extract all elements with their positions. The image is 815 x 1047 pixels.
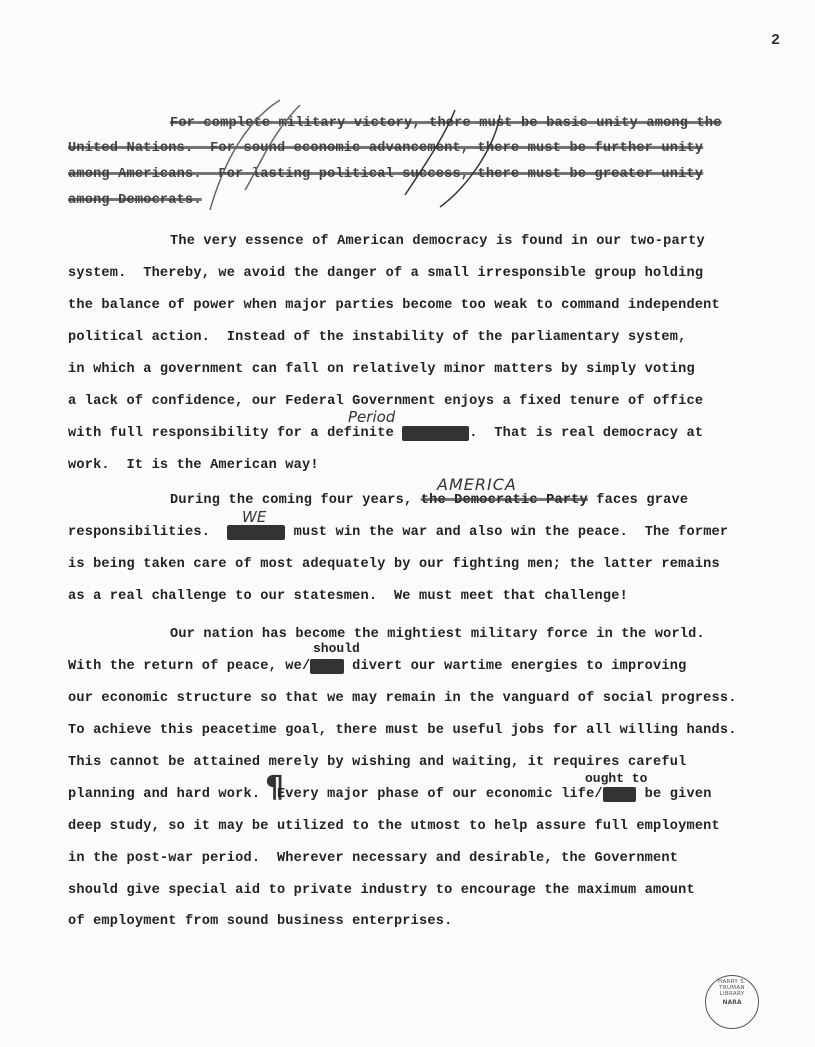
archive-stamp: HARRY S. TRUMAN LIBRARY NARA xyxy=(705,975,759,1029)
typed-insert-should: should xyxy=(313,641,360,656)
text-line: is being taken care of most adequately b… xyxy=(68,556,720,574)
text-line: Our nation has become the mightiest mili… xyxy=(170,626,705,644)
text-line: our economic structure so that we may re… xyxy=(68,690,737,708)
text-line: This cannot be attained merely by wishin… xyxy=(68,754,686,772)
text-segment: must win the war and also win the peace.… xyxy=(285,525,728,540)
text-segment: with full responsibility for a definite xyxy=(68,426,402,441)
struck-line-4: among Democrats. xyxy=(68,192,202,210)
text-line: work. It is the American way! xyxy=(68,457,319,475)
struck-word: must xyxy=(310,659,343,674)
text-segment: . That is real democracy at xyxy=(469,426,703,441)
text-line-edited: with full responsibility for a definite … xyxy=(68,425,703,443)
text-line-edited: responsibilities. America must win the w… xyxy=(68,524,728,542)
text-line: in the post-war period. Wherever necessa… xyxy=(68,850,678,868)
stamp-center-text: NARA xyxy=(723,999,742,1006)
text-segment: With the return of peace, we/ xyxy=(68,659,310,674)
text-line: The very essence of American democracy i… xyxy=(170,233,705,251)
text-line: in which a government can fall on relati… xyxy=(68,361,695,379)
page-number: 2 xyxy=(771,32,780,49)
struck-word: America xyxy=(227,525,286,540)
text-line-edited: planning and hard work. Every major phas… xyxy=(68,786,712,804)
handwritten-insert-period: Period xyxy=(348,408,395,426)
text-line: To achieve this peacetime goal, there mu… xyxy=(68,722,737,740)
text-line: the balance of power when major parties … xyxy=(68,297,720,315)
text-line: of employment from sound business enterp… xyxy=(68,913,452,931)
struck-phrase: the Democratic Party xyxy=(421,493,588,508)
typed-insert-ought-to: ought to xyxy=(585,771,647,786)
text-line-edited: With the return of peace, we/must divert… xyxy=(68,658,686,676)
struck-word: duration xyxy=(402,426,469,441)
text-line: as a real challenge to our statesmen. We… xyxy=(68,588,628,606)
text-segment: planning and hard work. Every major phas… xyxy=(68,787,603,802)
text-segment: divert our wartime energies to improving xyxy=(344,659,687,674)
text-segment: During the coming four years, xyxy=(170,493,421,508)
text-line: deep study, so it may be utilized to the… xyxy=(68,818,720,836)
text-line: should give special aid to private indus… xyxy=(68,882,695,900)
struck-word: must xyxy=(603,787,636,802)
text-line: political action. Instead of the instabi… xyxy=(68,329,686,347)
text-segment: be given xyxy=(636,787,711,802)
text-segment: responsibilities. xyxy=(68,525,227,540)
stamp-ring-text: HARRY S. TRUMAN LIBRARY xyxy=(706,979,758,997)
text-segment: faces grave xyxy=(588,493,688,508)
text-line: system. Thereby, we avoid the danger of … xyxy=(68,265,703,283)
deletion-slash-marks-icon xyxy=(200,95,520,215)
